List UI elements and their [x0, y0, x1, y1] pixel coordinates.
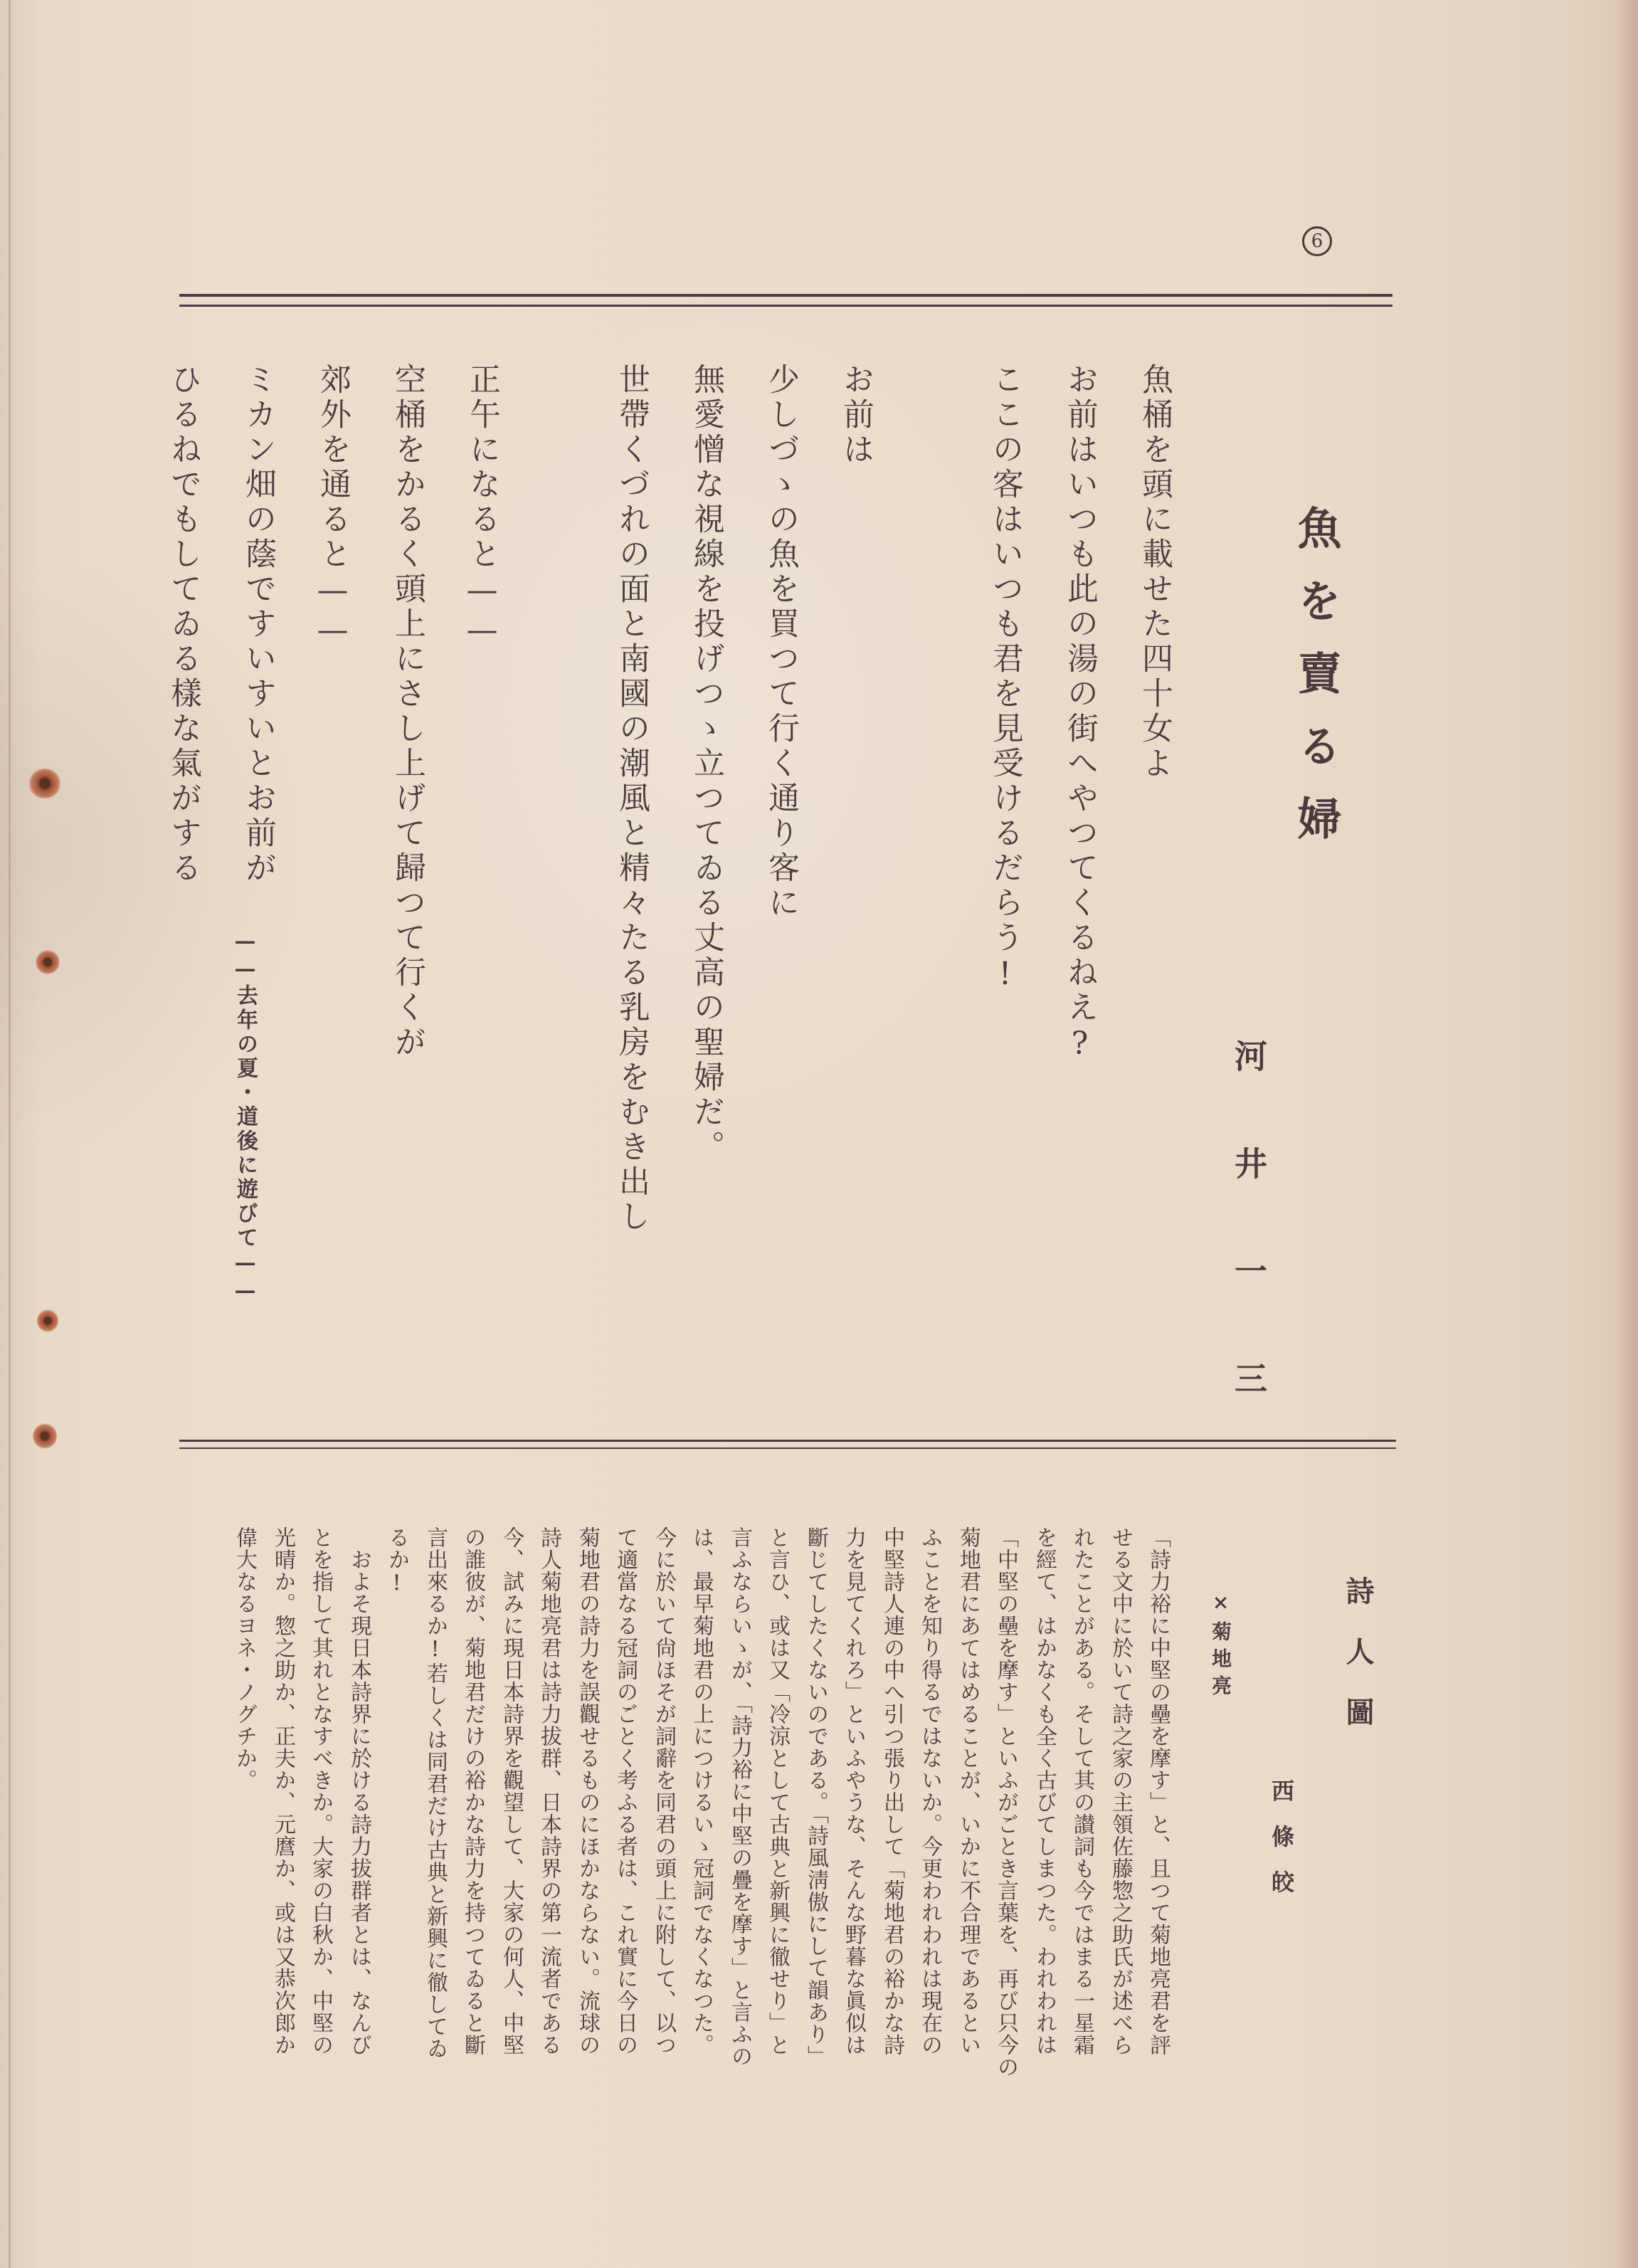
essay-line: て適當なる冠詞のごとく考ふる者は、これ實に今日の — [614, 1526, 635, 2056]
top-rule — [179, 305, 1393, 307]
poem-author: 河井一三 — [1225, 1039, 1272, 1469]
essay-line: は、最早菊地君の上につけるいゝ冠詞でなくなつた。 — [690, 1526, 712, 2056]
essay-line: 言ふならいゝが、「詩力裕に中堅の疊を摩す」と言ふの — [729, 1526, 750, 2067]
poem-line: お前は — [840, 363, 871, 468]
essay-line: 力を見てくれろ」といふやうな、そんな野暮な眞似は — [842, 1526, 864, 2056]
poem-line: 無愛憎な視線を投げつゝ立つてゐる丈高の聖婦だ。 — [690, 363, 722, 1165]
essay-title: 詩人圖 — [1338, 1576, 1378, 1758]
poem-line: 郊外を通ると—— — [317, 363, 348, 652]
essay-line: と言ひ、或は又「冷涼として古典と新興に徹せり」と — [766, 1526, 788, 2056]
poem-line: 世帶くづれの面と南國の潮風と精々たる乳房をむき出し — [615, 363, 647, 1235]
page-edge — [1617, 0, 1638, 2268]
essay-line: を經て、はかなくも全く古びてしまつた。われわれは — [1033, 1526, 1055, 2056]
poem-title: 魚を賣る婦 — [1284, 505, 1348, 868]
essay-line: およそ現日本詩界に於ける詩力拔群者とは、なんび — [348, 1526, 369, 2056]
essay-line: 詩人菊地亮君は詩力拔群、日本詩界の第一流者である — [538, 1526, 559, 2056]
rust-stain — [28, 769, 61, 798]
essay-line: 斷じてしたくないのである。「詩風淸傲にして韻あり」 — [805, 1526, 826, 2067]
poem-line: ここの客はいつも君を見受けるだらう! — [989, 363, 1020, 996]
essay-line: るか! — [386, 1526, 407, 1596]
essay-line: 菊地君にあてはめることが、いかに不合理であるとい — [957, 1526, 978, 2056]
poem-line: ミカン畑の蔭ですいすいとお前が — [242, 363, 273, 886]
poem-line: お前はいつも此の湯の街へやつてくるねえ? — [1064, 363, 1095, 1065]
middle-rule — [179, 1440, 1396, 1442]
rust-stain — [33, 1423, 57, 1449]
poem-line: ひるねでもしてゐる樣な氣がする — [167, 363, 199, 886]
rust-stain — [37, 1309, 58, 1332]
middle-rule — [179, 1447, 1396, 1449]
rust-stain — [36, 950, 60, 974]
poem-line: 魚桶を頭に載せた四十女よ — [1138, 363, 1170, 781]
essay-line: 中堅詩人連の中へ引つ張り出して「菊地君の裕かな詩 — [881, 1526, 902, 2056]
top-rule — [179, 294, 1393, 297]
binding-edge — [9, 0, 11, 2268]
essay-line: 「詩力裕に中堅の壘を摩す」と、且つて菊地亮君を評 — [1147, 1526, 1168, 2056]
page-number: 6 — [1302, 226, 1332, 256]
essay-line: 言出來るか!若しくは同君だけ古典と新興に徹してゐ — [424, 1526, 445, 2059]
essay-line: の誰彼が、菊地君だけの裕かな詩力を持つてゐると斷 — [462, 1526, 483, 2056]
essay-author: 西條皎 — [1265, 1779, 1298, 1916]
essay-line: れたことがある。そして其の讃詞も今ではまる一星霜 — [1071, 1526, 1092, 2056]
essay-line: とを指して其れとなすべきか。大家の白秋か、中堅の — [310, 1526, 331, 2056]
essay-line: 今に於いて尙ほそが詞辭を同君の頭上に附して、以つ — [652, 1526, 674, 2056]
essay-line: せる文中に於いて詩之家の主領佐藤惣之助氏が述べら — [1109, 1526, 1131, 2056]
poem-line: 正午になると—— — [466, 363, 497, 652]
essay-line: 菊地君の詩力を誤觀せるものにほかならない。流球の — [576, 1526, 598, 2056]
poem-line: 少しづゝの魚を買つて行く通り客に — [765, 363, 796, 921]
essay-line: ふことを知り得るではないか。今更われわれは現在の — [919, 1526, 940, 2056]
poem-note: ——去年の夏・道後に遊びて—— — [229, 929, 260, 1306]
scanned-page: 6 魚を賣る婦 河井一三 魚桶を頭に載せた四十女よお前はいつも此の湯の街へやつて… — [0, 0, 1638, 2268]
essay-subtitle: ×菊地亮 — [1206, 1591, 1235, 1702]
essay-line: 偉大なるヨネ・ノグチか。 — [233, 1526, 255, 1791]
essay-line: 「中堅の壘を摩す」といふがごとき言葉を、再び只今の — [995, 1526, 1016, 2078]
poem-line: 空桶をかるく頭上にさし上げて歸つて行くが — [391, 363, 423, 1060]
essay-line: 光晴か。惣之助か、正夫か、元麿か、或は又恭次郎か — [272, 1526, 293, 2056]
essay-line: 今、試みに現日本詩界を觀望して、大家の何人、中堅 — [500, 1526, 522, 2056]
